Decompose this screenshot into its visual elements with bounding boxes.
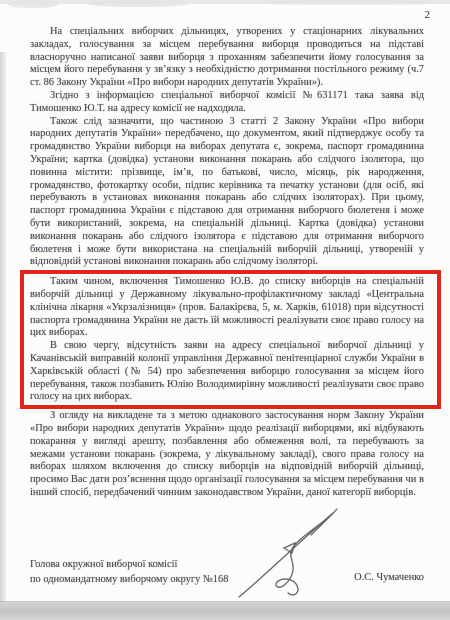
scan-artifact-bottom-edge xyxy=(0,602,450,620)
paragraph-colony-absence: В свою чергу, відсутність заяви на адрес… xyxy=(30,340,424,404)
paragraph-special-polling-stations: На спеціальних виборчих дільницях, утвор… xyxy=(30,26,424,90)
signature-block: Голова окружної виборчої комісії по одно… xyxy=(30,558,424,587)
document-body: На спеціальних виборчих дільницях, утвор… xyxy=(30,26,424,500)
paragraph-clarification-request: З огляду на викладене та з метою однаков… xyxy=(30,410,424,500)
signatory-title: Голова окружної виборчої комісії по одно… xyxy=(30,558,228,587)
signature-stroke xyxy=(311,509,337,535)
signatory-name: О.С. Чумаченко xyxy=(354,571,424,586)
signatory-title-line1: Голова окружної виборчої комісії xyxy=(30,558,228,573)
scan-artifact-smudge xyxy=(255,0,440,5)
signature-stroke xyxy=(276,516,330,595)
paragraph-identity-documents: Також слід зазначити, що частиною 3 стат… xyxy=(30,116,424,270)
paragraph-hospital-inclusion: Таким чином, включення Тимошенко Ю.В. до… xyxy=(30,276,424,340)
scan-artifact-smudge xyxy=(86,0,188,7)
scanned-document-page: 2 На спеціальних виборчих дільницях, утв… xyxy=(0,0,450,620)
handwritten-signature xyxy=(233,505,345,603)
signature-stroke xyxy=(284,543,295,553)
signatory-title-line2: по одномандатному виборчому округу №168 xyxy=(30,573,228,588)
paragraph-no-application-received: Згідно з інформацією спеціальної виборчо… xyxy=(30,90,424,116)
scan-artifact-left-edge xyxy=(0,52,6,604)
page-number: 2 xyxy=(425,9,431,21)
red-highlight-box: Таким чином, включення Тимошенко Ю.В. до… xyxy=(20,270,441,409)
scan-artifact-smudge xyxy=(8,0,58,8)
